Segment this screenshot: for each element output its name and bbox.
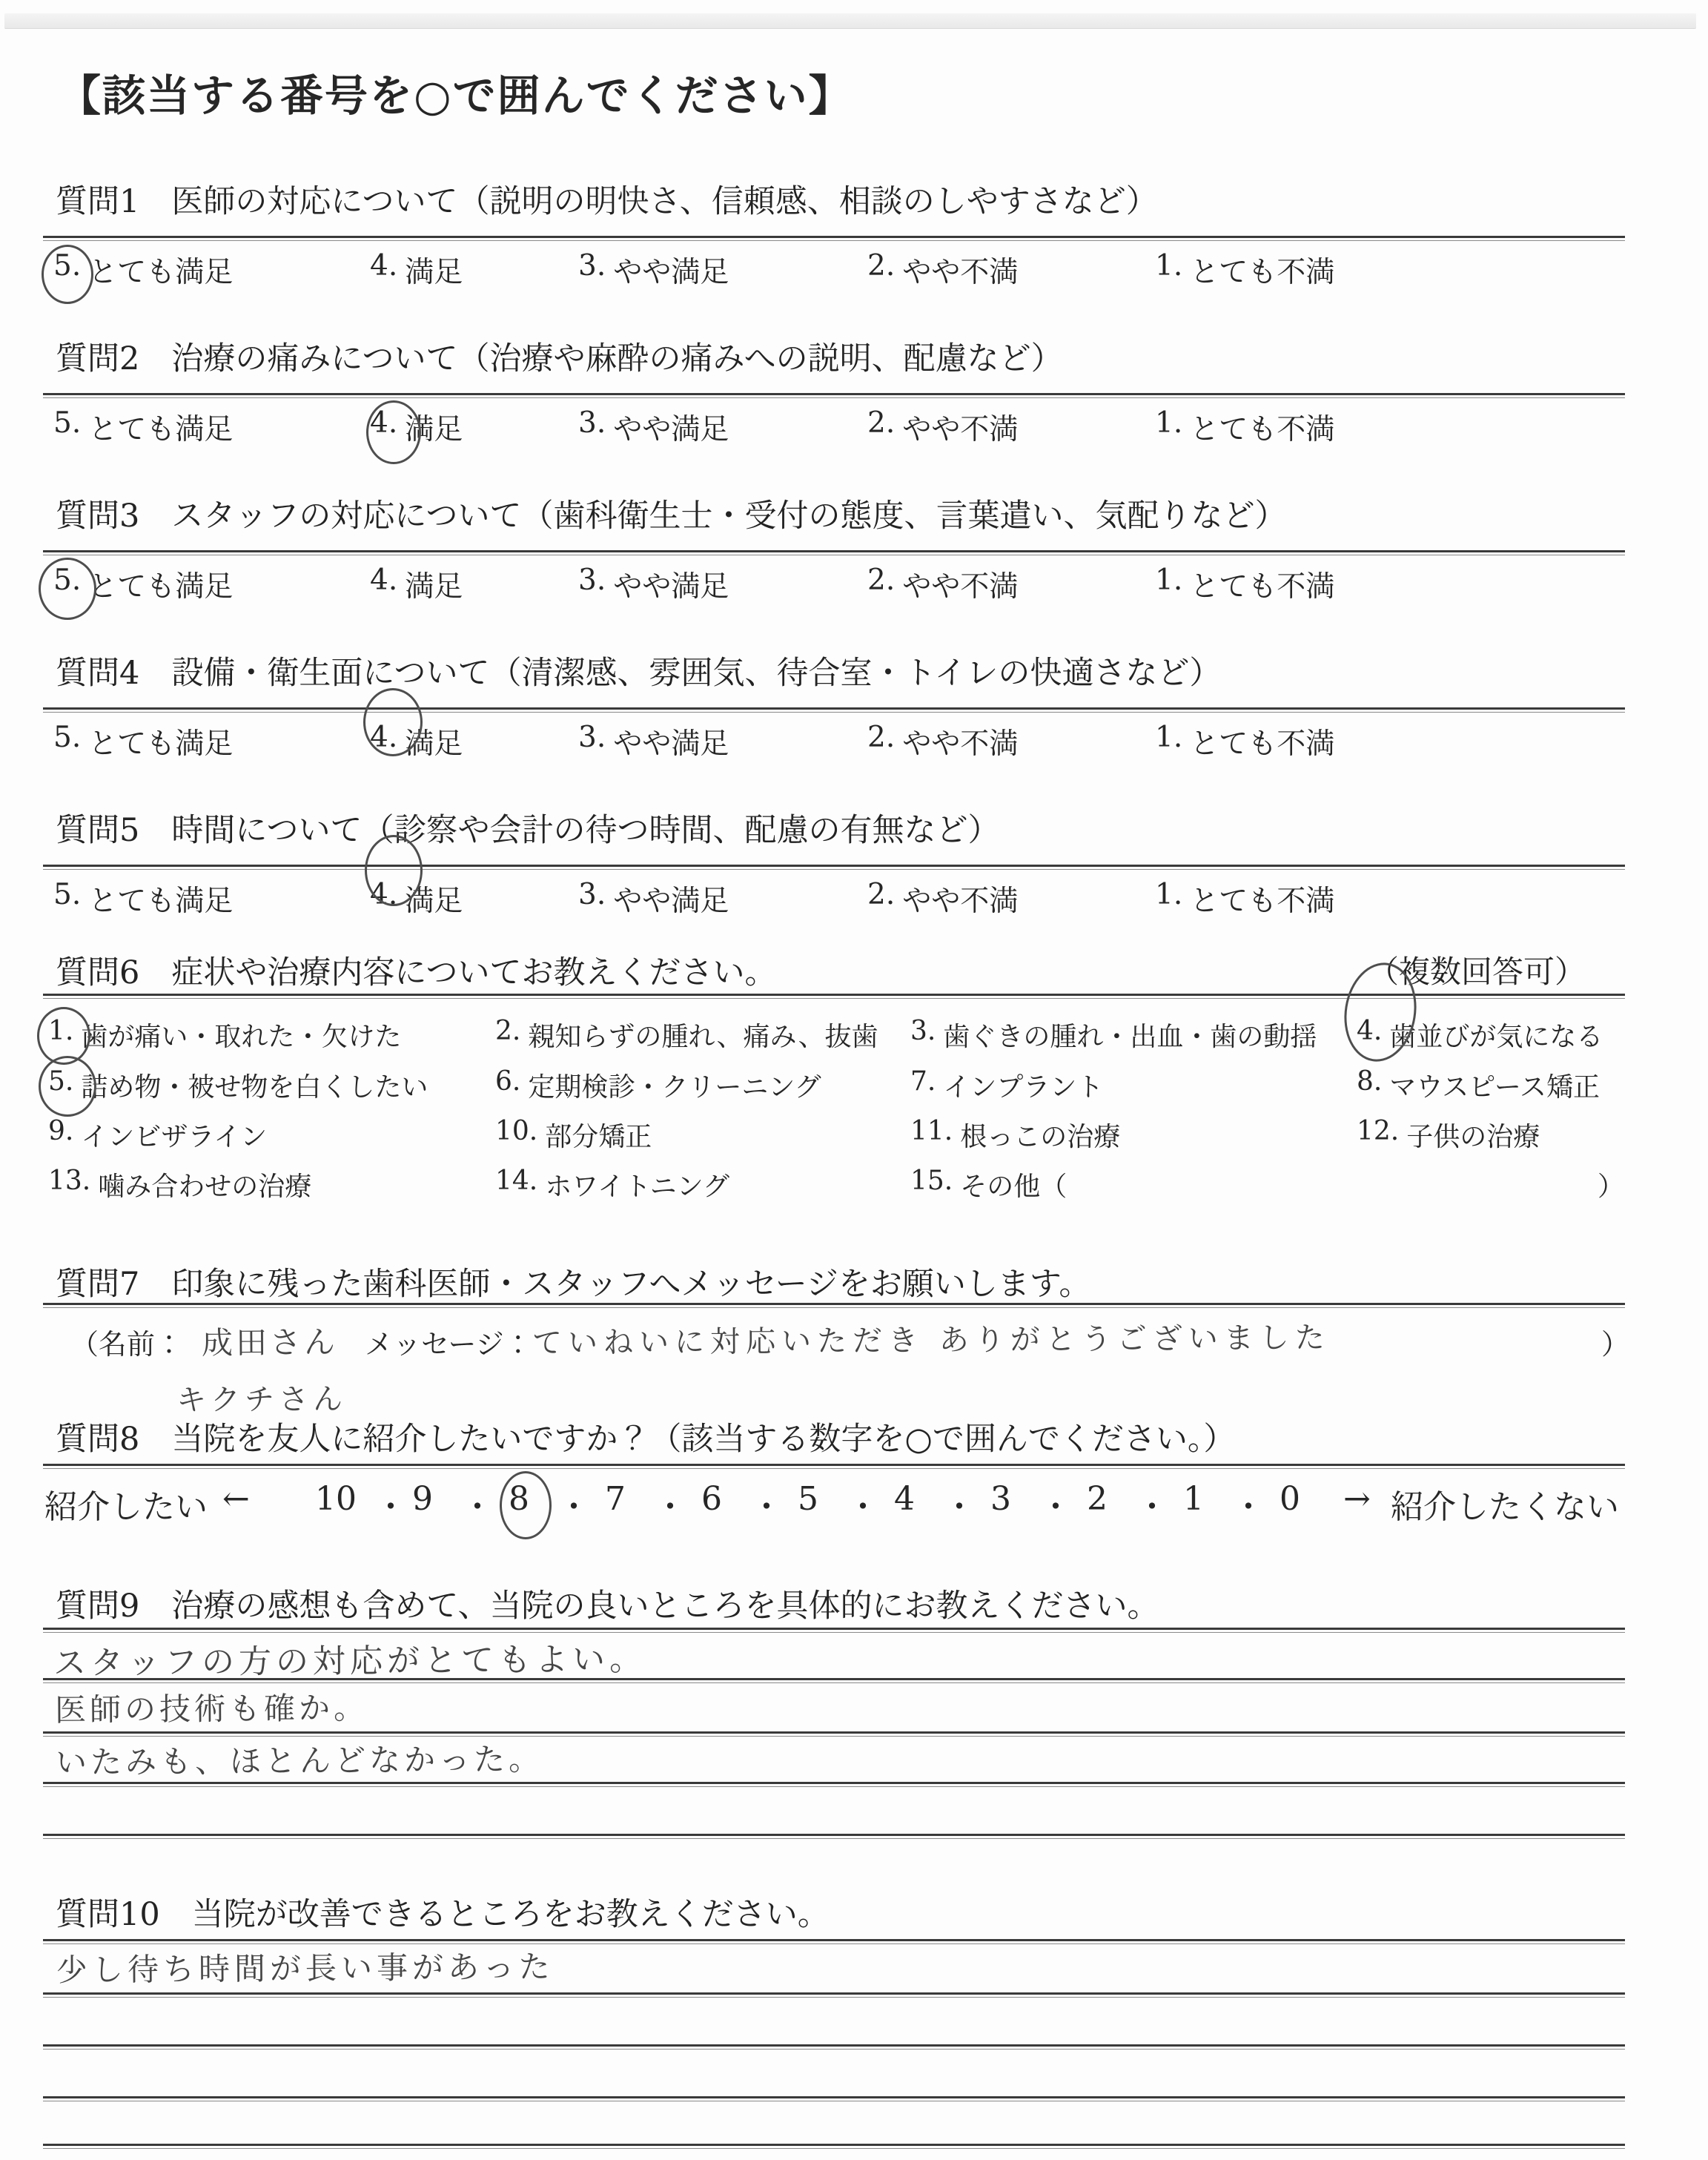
q3-option-3: 3.やや満足 (578, 564, 729, 605)
option-label: 歯並びが気になる (1389, 1016, 1603, 1054)
q6-item-11: 11.根っこの治療 (910, 1116, 1120, 1154)
option-number: 12. (1357, 1116, 1399, 1154)
q6-item-2: 2.親知らずの腫れ、痛み、抜歯 (495, 1016, 878, 1054)
option-number: 8. (1357, 1066, 1382, 1104)
q10-writing-line-top (43, 1939, 1625, 1944)
option-number: 6. (495, 1066, 520, 1104)
option-label: 満足 (405, 564, 463, 605)
q6-item-5: 5.詰め物・被せ物を白くしたい (48, 1066, 428, 1104)
option-number: 3. (578, 878, 606, 919)
option-number: 13. (48, 1166, 90, 1203)
q8-number-5: 5 (798, 1480, 818, 1518)
question-10-heading: 質問10 当院が改善できるところをお教えください。 (56, 1889, 830, 1935)
q6-item-12: 12.子供の治療 (1357, 1116, 1540, 1154)
option-number: 2. (867, 406, 895, 448)
q2-option-2: 2.やや不満 (867, 406, 1018, 448)
option-label: 歯が痛い・取れた・欠けた (81, 1016, 401, 1054)
option-number: 3. (578, 721, 606, 762)
option-label: やや満足 (613, 878, 729, 919)
q8-dot: ・ (1232, 1480, 1265, 1527)
question-3-heading: 質問3 スタッフの対応について（歯科衛生士・受付の態度、言葉遣い、気配りなど） (56, 491, 1287, 536)
q7-message-handwriting: ていねいに対応いただき ありがとうございました (532, 1314, 1331, 1362)
option-number: 5. (53, 721, 81, 762)
option-label: 子供の治療 (1406, 1116, 1540, 1154)
q10-writing-line-4 (43, 2144, 1625, 2149)
q8-right-arrow-icon: → (1343, 1480, 1371, 1518)
q8-left-arrow-icon: ← (222, 1480, 250, 1518)
option-label: やや不満 (902, 721, 1018, 762)
q5-option-2: 2.やや不満 (867, 878, 1018, 919)
option-number: 2. (495, 1016, 520, 1054)
option-number: 2. (867, 878, 895, 919)
option-label: とても不満 (1190, 406, 1334, 448)
q8-left-label: 紹介したい (44, 1480, 208, 1527)
option-number: 2. (867, 564, 895, 605)
q10-writing-line-3 (43, 2096, 1625, 2101)
option-number: 1. (1155, 878, 1182, 919)
question-9-heading: 質問9 治療の感想も含めて、当院の良いところを具体的にお教えください。 (56, 1581, 1159, 1626)
answer-circle-q1 (42, 245, 93, 304)
q9-writing-line-2 (43, 1731, 1625, 1737)
answer-circle-q2 (366, 400, 421, 464)
option-label: 噛み合わせの治療 (98, 1166, 311, 1203)
option-number: 2. (867, 249, 895, 291)
q6-row-4: 13.噛み合わせの治療 14.ホワイトニング 15.その他（ ） (44, 1166, 1668, 1207)
q1-option-1: 1.とても不満 (1155, 249, 1334, 291)
q4-option-1: 1.とても不満 (1155, 721, 1334, 762)
divider-q3 (43, 550, 1625, 555)
option-number: 5. (53, 878, 81, 919)
option-number: 7. (910, 1066, 936, 1104)
divider-q2 (43, 393, 1625, 398)
q6-row-2: 5.詰め物・被せ物を白くしたい 6.定期検診・クリーニング 7.インプラント 8… (44, 1066, 1668, 1108)
option-label: やや不満 (902, 564, 1018, 605)
q8-number-0: 0 (1280, 1480, 1300, 1518)
option-number: 14. (495, 1166, 537, 1203)
option-label: とても不満 (1190, 878, 1334, 919)
option-number: 1. (1155, 406, 1182, 448)
form-title: 【該当する番号を○で囲んでください】 (58, 61, 853, 123)
q3-option-2: 2.やや不満 (867, 564, 1018, 605)
q4-option-5: 5.とても満足 (53, 721, 233, 762)
q8-number-10: 10 (315, 1480, 357, 1518)
q8-number-3: 3 (990, 1480, 1011, 1518)
scan-edge-artifact (4, 13, 1696, 29)
q3-option-4: 4.満足 (370, 564, 463, 605)
q1-option-3: 3.やや満足 (578, 249, 729, 291)
question-2-options: 5.とても満足 4.満足 3.やや満足 2.やや不満 1.とても不満 (44, 406, 1668, 449)
paren-close: ） (1598, 1166, 1624, 1203)
question-3-options: 5.とても満足 4.満足 3.やや満足 2.やや不満 1.とても不満 (44, 564, 1668, 607)
option-label: やや満足 (613, 249, 729, 291)
option-number: 9. (48, 1116, 73, 1154)
scanned-survey-page: 【該当する番号を○で囲んでください】 質問1 医師の対応について（説明の明快さ、… (0, 0, 1708, 2160)
option-label: やや不満 (902, 878, 1018, 919)
option-label: 満足 (405, 249, 463, 291)
divider-q7 (43, 1303, 1625, 1308)
question-4-options: 5.とても満足 4.満足 3.やや満足 2.やや不満 1.とても不満 (44, 721, 1668, 764)
q8-number-7: 7 (605, 1480, 626, 1518)
q7-name-handwriting: 成田さん (202, 1318, 338, 1363)
option-label: インビザライン (81, 1116, 267, 1154)
q2-option-3: 3.やや満足 (578, 406, 729, 448)
q6-item-8: 8.マウスピース矯正 (1357, 1066, 1600, 1104)
q6-item-15: 15.その他（ (910, 1166, 1067, 1203)
q9-writing-line-4 (43, 1834, 1625, 1839)
q6-item-3: 3.歯ぐきの腫れ・出血・歯の動揺 (910, 1016, 1317, 1054)
divider-q8 (43, 1464, 1625, 1469)
q8-dot: ・ (654, 1480, 686, 1527)
q6-item-10: 10.部分矯正 (495, 1116, 652, 1154)
option-label: マウスピース矯正 (1389, 1066, 1600, 1104)
q7-message-label: メッセージ： (365, 1321, 532, 1362)
q1-option-2: 2.やや不満 (867, 249, 1018, 291)
option-number: 15. (910, 1166, 953, 1203)
q9-writing-line-top (43, 1628, 1625, 1633)
q5-option-5: 5.とても満足 (53, 878, 233, 919)
q2-option-1: 1.とても不満 (1155, 406, 1334, 448)
q8-number-6: 6 (701, 1480, 722, 1518)
q5-option-1: 1.とても不満 (1155, 878, 1334, 919)
option-label: 親知らずの腫れ、痛み、抜歯 (528, 1016, 878, 1054)
option-label: 根っこの治療 (960, 1116, 1120, 1154)
option-label: やや不満 (902, 249, 1018, 291)
q7-name-label: （名前： (70, 1321, 183, 1362)
q6-item-13: 13.噛み合わせの治療 (48, 1166, 311, 1203)
q8-dot: ・ (374, 1480, 407, 1527)
q6-item-15-close-paren: ） (1598, 1166, 1624, 1203)
q6-item-1: 1.歯が痛い・取れた・欠けた (48, 1016, 401, 1054)
option-label: やや満足 (613, 564, 729, 605)
option-label: とても満足 (88, 249, 233, 291)
option-number: 11. (910, 1116, 953, 1154)
q9-writing-line-1 (43, 1678, 1625, 1683)
q8-number-2: 2 (1087, 1480, 1108, 1518)
option-label: その他（ (960, 1166, 1067, 1203)
q9-writing-line-3 (43, 1782, 1625, 1787)
option-label: とても満足 (88, 564, 233, 605)
question-1-options: 5.とても満足 4.満足 3.やや満足 2.やや不満 1.とても不満 (44, 249, 1668, 292)
question-8-heading: 質問8 当院を友人に紹介したいですか？（該当する数字を○で囲んでください。） (56, 1414, 1235, 1459)
option-label: 歯ぐきの腫れ・出血・歯の動揺 (943, 1016, 1317, 1054)
question-2-heading: 質問2 治療の痛みについて（治療や麻酔の痛みへの説明、配慮など） (56, 334, 1063, 379)
q8-dot: ・ (461, 1480, 494, 1527)
option-number: 3. (578, 564, 606, 605)
question-1-heading: 質問1 医師の対応について（説明の明快さ、信頼感、相談のしやすさなど） (56, 176, 1158, 222)
q8-number-9: 9 (412, 1480, 433, 1518)
option-label: とても満足 (88, 406, 233, 448)
option-number: 4. (370, 564, 397, 605)
q8-dot: ・ (943, 1480, 976, 1527)
answer-circle-q4 (363, 688, 423, 756)
q9-answer-handwriting-2: 医師の技術も確か。 (55, 1684, 368, 1731)
q10-writing-line-2 (43, 2044, 1625, 2050)
q6-item-6: 6.定期検診・クリーニング (495, 1066, 821, 1104)
answer-circle-q6-item-5 (39, 1056, 96, 1117)
divider-q5 (43, 865, 1625, 870)
q8-number-1: 1 (1183, 1480, 1204, 1518)
question-5-heading: 質問5 時間について（診察や会計の待つ時間、配慮の有無など） (56, 805, 1000, 851)
question-4-heading: 質問4 設備・衛生面について（清潔感、雰囲気、待合室・トイレの快適さなど） (56, 648, 1221, 693)
option-number: 1. (1155, 249, 1182, 291)
divider-q1 (43, 236, 1625, 241)
q8-number-4: 4 (894, 1480, 915, 1518)
q6-row-3: 9.インビザライン 10.部分矯正 11.根っこの治療 12.子供の治療 (44, 1116, 1668, 1157)
q3-option-1: 1.とても不満 (1155, 564, 1334, 605)
q6-item-7: 7.インプラント (910, 1066, 1103, 1104)
option-label: 部分矯正 (545, 1116, 652, 1154)
q7-name-handwriting-2: キクチさん (176, 1375, 347, 1419)
option-number: 2. (867, 721, 895, 762)
option-number: 3. (578, 249, 606, 291)
option-number: 10. (495, 1116, 537, 1154)
option-label: やや満足 (613, 721, 729, 762)
option-label: とても不満 (1190, 721, 1334, 762)
option-number: 5. (53, 406, 81, 448)
q4-option-2: 2.やや不満 (867, 721, 1018, 762)
question-6-heading: 質問6 症状や治療内容についてお教えください。 (56, 948, 777, 993)
question-5-options: 5.とても満足 4.満足 3.やや満足 2.やや不満 1.とても不満 (44, 878, 1668, 921)
q8-dot: ・ (847, 1480, 879, 1527)
q8-dot: ・ (557, 1480, 590, 1527)
q8-right-label: 紹介したくない (1391, 1480, 1619, 1527)
option-label: ホワイトニング (545, 1166, 729, 1203)
option-number: 3. (910, 1016, 936, 1054)
option-label: とても満足 (88, 721, 233, 762)
option-number: 4. (370, 249, 397, 291)
option-number: 3. (578, 406, 606, 448)
option-label: 詰め物・被せ物を白くしたい (81, 1066, 428, 1104)
q1-option-4: 4.満足 (370, 249, 463, 291)
option-number: 1. (1155, 721, 1182, 762)
q6-row-1: 1.歯が痛い・取れた・欠けた 2.親知らずの腫れ、痛み、抜歯 3.歯ぐきの腫れ・… (44, 1016, 1668, 1057)
answer-circle-q5 (365, 835, 423, 906)
option-label: とても不満 (1190, 249, 1334, 291)
q4-option-3: 3.やや満足 (578, 721, 729, 762)
q6-item-14: 14.ホワイトニング (495, 1166, 729, 1203)
option-number: 1. (1155, 564, 1182, 605)
q9-answer-handwriting-3: いたみも、ほとんどなかった。 (56, 1735, 543, 1783)
q5-option-3: 3.やや満足 (578, 878, 729, 919)
question-7-heading: 質問7 印象に残った歯科医師・スタッフへメッセージをお願いします。 (56, 1259, 1090, 1304)
q10-answer-handwriting-1: 少し待ち時間が長い事があった (56, 1943, 555, 1991)
option-label: とても不満 (1190, 564, 1334, 605)
option-label: インプラント (943, 1066, 1103, 1104)
q8-dot: ・ (1136, 1480, 1168, 1527)
option-label: 定期検診・クリーニング (528, 1066, 821, 1104)
q7-close-paren: ） (1601, 1321, 1629, 1362)
option-label: やや不満 (902, 406, 1018, 448)
q8-dot: ・ (750, 1480, 783, 1527)
answer-circle-q8 (500, 1471, 552, 1539)
q8-dot: ・ (1039, 1480, 1072, 1527)
option-label: とても満足 (88, 878, 233, 919)
divider-q4 (43, 707, 1625, 713)
q6-item-9: 9.インビザライン (48, 1116, 267, 1154)
answer-circle-q3 (39, 558, 96, 620)
q9-answer-handwriting-1: スタッフの方の対応がとてもよい。 (53, 1632, 646, 1684)
q2-option-5: 5.とても満足 (53, 406, 233, 448)
option-label: やや満足 (613, 406, 729, 448)
q10-writing-line-1 (43, 1992, 1625, 1998)
